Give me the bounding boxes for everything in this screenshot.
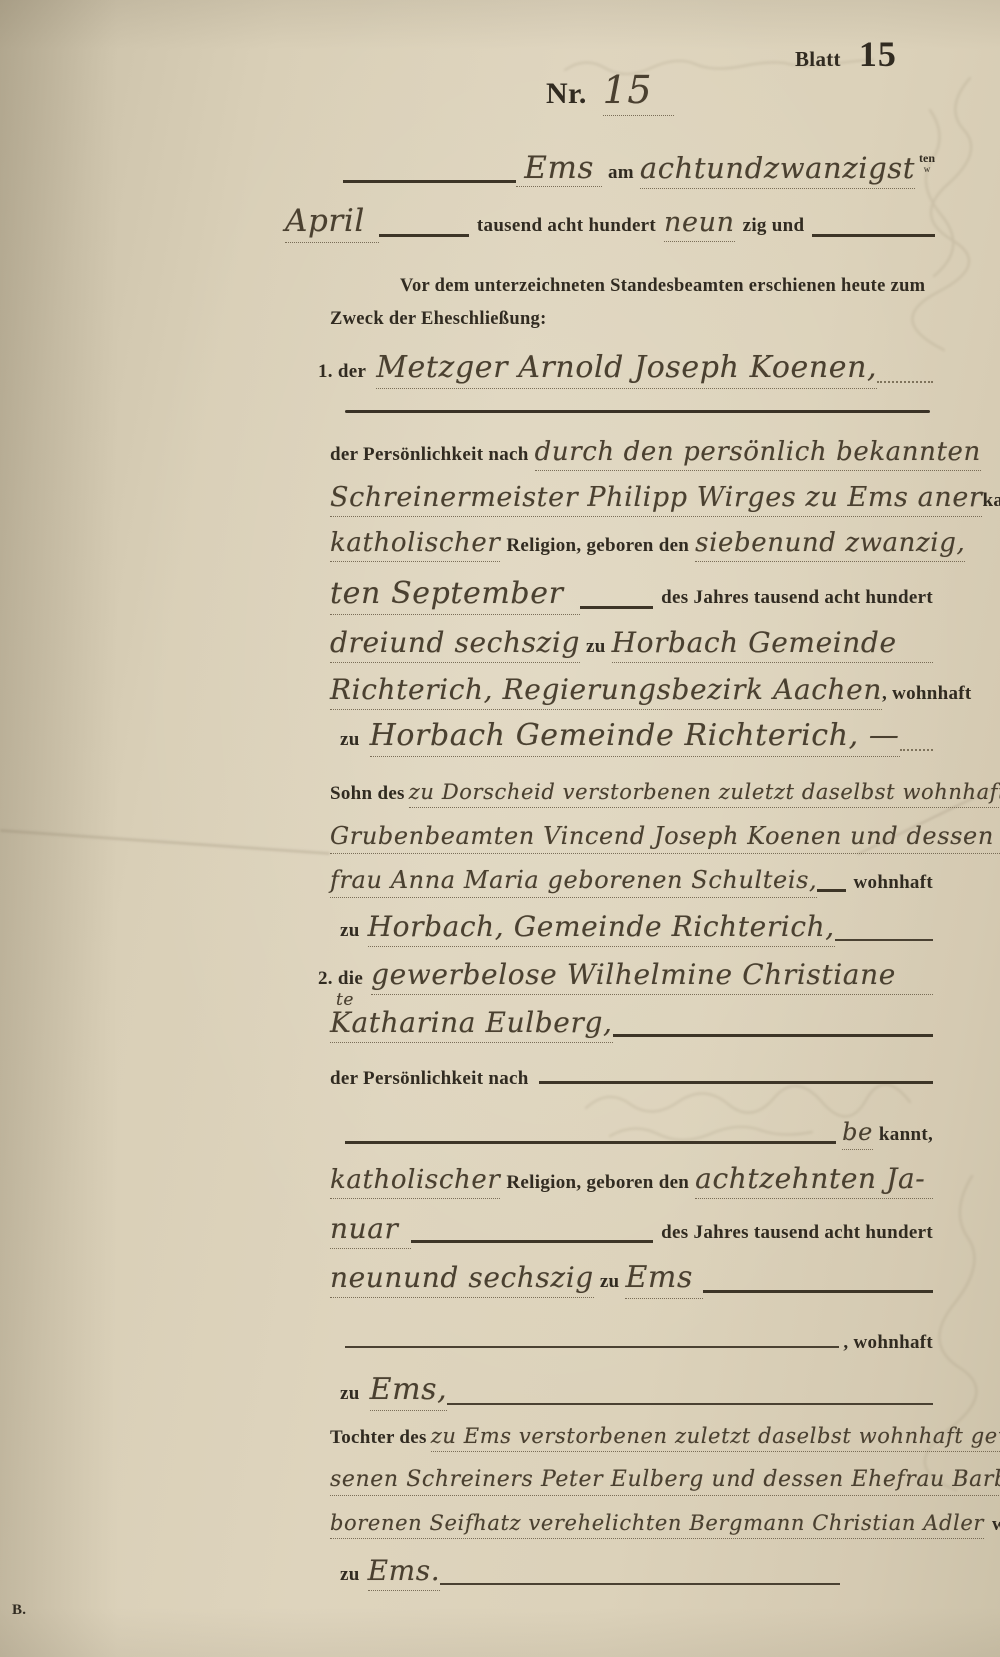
religion-label: Religion, geboren den: [506, 535, 689, 557]
record-number-line: Nr. 15: [546, 68, 674, 116]
bride-name-entry-2: Katharina Eulberg,: [330, 1006, 613, 1043]
groom-parents-entry-1: zu Dorscheid verstorbenen zuletzt daselb…: [409, 780, 1000, 808]
parents-label: Sohn des: [330, 783, 405, 805]
bride-name-insertion: te: [336, 990, 354, 1010]
groom-residence-line: zu Horbach Gemeinde Richterich, —: [340, 718, 933, 757]
bride-residence-line-2: zu Ems.: [340, 1554, 840, 1591]
bride-name-line-1: 2. die gewerbelose Wilhelmine Christiane: [318, 958, 933, 995]
groom-identity-entry-1: durch den persönlich bekannten: [535, 437, 981, 471]
intro-line-1: Ems am achtundzwanzigst ten w: [343, 150, 935, 189]
month-entry: April: [285, 203, 379, 243]
dotted-rule: [877, 381, 933, 383]
groom-parents-line-3: frau Anna Maria geborenen Schulteis, woh…: [330, 866, 933, 898]
blank-rule: [447, 1403, 933, 1405]
day-suffix: ten w: [919, 152, 935, 174]
bride-birth-month-entry: nuar: [330, 1212, 411, 1249]
preamble-text-1: Vor dem unterzeichneten Standesbeamten e…: [400, 276, 925, 297]
day-suffix-text: ten: [919, 152, 935, 165]
blank-rule: [379, 234, 469, 237]
blank-rule: [539, 1081, 933, 1084]
zu-label: zu: [586, 636, 606, 658]
am-label: am: [608, 162, 634, 184]
bride-identity-label: der Persönlichkeit nach: [330, 1068, 529, 1090]
groom-parents-residence-entry: Horbach, Gemeinde Richterich,: [368, 910, 835, 947]
bride-parents-line-1: Tochter des zu Ems verstorbenen zuletzt …: [330, 1424, 933, 1452]
blank-rule: [343, 180, 516, 183]
bride-be-entry: be: [842, 1118, 873, 1150]
bride-name-line-2: te Katharina Eulberg,: [330, 1006, 933, 1043]
city-entry: Ems: [516, 150, 602, 187]
groom-name-line: 1. der Metzger Arnold Joseph Koenen,: [318, 350, 933, 389]
wohnhaft-label: , wohnhaft: [882, 683, 972, 705]
decade-suffix-label: zig und: [743, 215, 805, 237]
bride-birth-year-line: neunund sechszig zu Ems: [330, 1260, 933, 1299]
bride-religion-label: Religion, geboren den: [506, 1172, 689, 1194]
bride-residence-entry: Ems,: [370, 1372, 448, 1411]
bride-name-entry-1: gewerbelose Wilhelmine Christiane: [371, 958, 933, 995]
intro-line-2: April tausend acht hundert neun zig und: [285, 203, 935, 243]
groom-parents-entry-2: Grubenbeamten Vincend Joseph Koenen und …: [330, 822, 1000, 854]
parents-wohnhaft-label: wohnhaft: [854, 872, 933, 894]
bride-parents-line-3: borenen Seifhatz verehelichten Bergmann …: [330, 1511, 933, 1539]
groom-parents-line-2: Grubenbeamten Vincend Joseph Koenen und …: [330, 822, 933, 854]
bride-identity-line: der Persönlichkeit nach: [330, 1068, 933, 1090]
bride-parents-entry-1: zu Ems verstorbenen zuletzt daselbst woh…: [431, 1424, 1000, 1452]
blatt-header: Blatt 15: [795, 33, 897, 75]
marriage-register-page: Blatt 15 Nr. 15 Ems am achtundzwanzigst …: [0, 0, 1000, 1657]
footer-mark-line: B.: [12, 1602, 26, 1619]
groom-identity-entry-2: Schreinermeister Philipp Wirges zu Ems a…: [330, 482, 982, 517]
bride-religion-entry: katholischer: [330, 1165, 500, 1199]
bride-birth-year-entry: neunund sechszig: [330, 1261, 594, 1298]
residence-zu-label: zu: [340, 729, 360, 751]
decade-entry: neun: [664, 207, 735, 242]
blank-rule: [345, 1346, 839, 1348]
bride-birth-place-entry: Ems: [625, 1260, 703, 1299]
bride-kannt-label: kannt,: [879, 1124, 933, 1146]
bride-parents-label: Tochter des: [330, 1427, 427, 1449]
bride-religion-line: katholischer Religion, geboren den achtz…: [330, 1162, 933, 1199]
bride-parents-entry-2: senen Schreiners Peter Eulberg und desse…: [330, 1467, 1000, 1496]
groom-parents-line-1: Sohn des zu Dorscheid verstorbenen zulet…: [330, 780, 933, 808]
kannt-label: kannt,: [982, 490, 1000, 512]
bride-birth-month-line: nuar des Jahres tausend acht hundert: [330, 1212, 933, 1249]
bride-wohnhaft-label: , wohnhaft: [843, 1332, 933, 1354]
groom-religion-line: katholischer Religion, geboren den siebe…: [330, 528, 933, 562]
groom-parents-residence-line: zu Horbach, Gemeinde Richterich,: [340, 910, 933, 947]
page-gutter-shadow: [0, 0, 118, 1657]
groom-birth-day-entry: siebenund zwanzig,: [695, 528, 965, 562]
blatt-label: Blatt: [795, 47, 841, 72]
groom-birth-place-entry: Horbach Gemeinde: [612, 626, 933, 663]
parents-zu-label: zu: [340, 920, 360, 942]
blank-rule: [812, 234, 935, 237]
bride-birth-year-label: des Jahres tausend acht hundert: [661, 1222, 933, 1244]
blank-rule: [817, 889, 845, 892]
blatt-number: 15: [859, 33, 897, 75]
bride-item-label: 2. die: [318, 968, 363, 990]
blank-rule: [703, 1290, 933, 1293]
footer-mark: B.: [12, 1602, 26, 1619]
bride-birth-day-entry: achtzehnten Ja-: [695, 1162, 933, 1199]
groom-name-entry: Metzger Arnold Joseph Koenen,: [376, 350, 877, 389]
groom-birth-place-line-2: Richterich, Regierungsbezirk Aachen , wo…: [330, 673, 933, 710]
bride-parents-wohnhaft-label: wohnhaft: [992, 1514, 1000, 1536]
bride-residence-line: zu Ems,: [340, 1372, 933, 1411]
groom-birth-place-entry-2: Richterich, Regierungsbezirk Aachen: [330, 673, 882, 710]
nr-value: 15: [603, 68, 675, 116]
bride-wohnhaft-line: , wohnhaft: [345, 1332, 933, 1354]
birth-year-label: des Jahres tausend acht hundert: [661, 587, 933, 609]
groom-religion-entry: katholischer: [330, 528, 500, 562]
nr-label: Nr.: [546, 77, 587, 111]
blank-rule: [580, 606, 654, 609]
blank-rule: [835, 939, 933, 941]
bride-parents-zu-label: zu: [340, 1564, 360, 1586]
day-entry: achtundzwanzigst: [640, 151, 915, 189]
groom-identity-line-1: der Persönlichkeit nach durch den persön…: [330, 437, 933, 471]
bride-residence-zu-label: zu: [340, 1383, 360, 1405]
groom-residence-entry: Horbach Gemeinde Richterich, —: [370, 718, 900, 757]
blank-rule: [613, 1034, 934, 1037]
bride-parents-line-2: senen Schreiners Peter Eulberg und desse…: [330, 1467, 933, 1496]
blank-rule: [345, 1141, 836, 1144]
century-label: tausend acht hundert: [477, 215, 656, 237]
preamble-text-2: Zweck der Eheschließung:: [330, 309, 547, 330]
preamble-line-1: Vor dem unterzeichneten Standesbeamten e…: [400, 276, 925, 297]
section-rule: [345, 410, 930, 413]
bride-parents-entry-3: borenen Seifhatz verehelichten Bergmann …: [330, 1511, 984, 1539]
day-suffix-mark: w: [919, 165, 935, 174]
groom-item-label: 1. der: [318, 361, 366, 383]
bride-zu-label: zu: [600, 1271, 620, 1293]
groom-birth-month-line: ten September des Jahres tausend acht hu…: [330, 576, 933, 615]
bride-parents-residence-entry: Ems.: [368, 1554, 441, 1591]
groom-birth-month-entry: ten September: [330, 576, 580, 615]
groom-birth-year-entry: dreiund sechszig: [330, 626, 580, 663]
bride-bekannt-line: be kannt,: [345, 1118, 933, 1150]
blank-rule: [411, 1240, 654, 1243]
groom-identity-line-2: Schreinermeister Philipp Wirges zu Ems a…: [330, 482, 933, 517]
groom-parents-entry-3: frau Anna Maria geborenen Schulteis,: [330, 866, 817, 898]
preamble-line-2: Zweck der Eheschließung:: [330, 309, 547, 330]
identity-label: der Persönlichkeit nach: [330, 444, 529, 466]
blank-rule: [440, 1583, 840, 1585]
dotted-rule: [900, 749, 934, 751]
groom-birth-year-line: dreiund sechszig zu Horbach Gemeinde: [330, 626, 933, 663]
